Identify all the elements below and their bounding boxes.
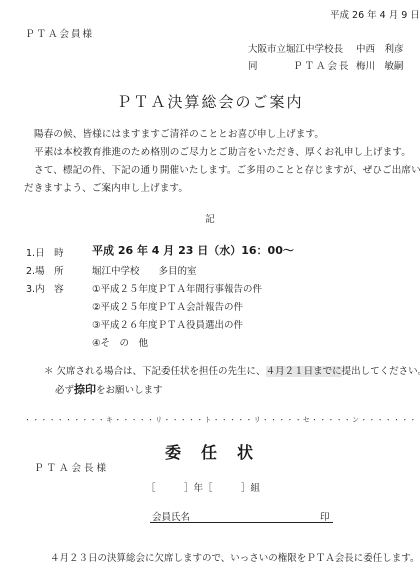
paragraph-3-cont: だきますよう、ご案内申し上げます。 bbox=[24, 180, 188, 194]
sender-principal-title: 大阪市立堀江中学校長 bbox=[248, 41, 343, 55]
notice-title: ＰＴＡ決算総会のご案内 bbox=[0, 91, 420, 112]
cut-line: ・・・・・・・・・・キ・・・・・リ・・・・・ト・・・・・リ・・・・・セ・・・・・… bbox=[24, 415, 420, 425]
sender-pta-title: ＰＴＡ会長 bbox=[293, 58, 351, 72]
class-line[interactable]: ［ ］年［ ］組 bbox=[146, 480, 260, 494]
member-name-label: 会員氏名 bbox=[152, 509, 190, 523]
agenda-item-4: ④そ の 他 bbox=[92, 335, 148, 349]
paragraph-1: 陽春の候、皆様にはますますご清祥のこととお喜び申し上げます。 bbox=[34, 126, 324, 140]
seal-note-prefix: 必ず bbox=[55, 385, 74, 396]
seal-note-bold: 捺印 bbox=[74, 383, 96, 396]
note-asterisk: ＊ bbox=[44, 366, 54, 377]
item-date-value: 平成 26 年 4 月 23 日（水）16：00〜 bbox=[92, 242, 294, 258]
paragraph-3: さて、標記の件、下記の通り開催いたします。ご多用のことと存じますが、ぜひご出席い… bbox=[34, 162, 420, 176]
sender-principal-name: 中西 利彦 bbox=[356, 41, 404, 55]
proxy-statement: ４月２３日の決算総会に欠席しますので、いっさいの権限をＰＴＡ会長に委任します。 bbox=[50, 550, 420, 564]
document-date: 平成 26 年 4 月 9 日 bbox=[330, 7, 420, 21]
seal-mark: 印 bbox=[320, 509, 330, 523]
agenda-item-1: ①平成２５年度ＰＴＡ年間行事報告の件 bbox=[92, 281, 262, 295]
sender-pta-name: 梅川 敏嗣 bbox=[356, 58, 404, 72]
note-text-before: 欠席される場合は、下記委任状を担任の先生に、 bbox=[57, 366, 266, 377]
sender-pta-prefix: 同 bbox=[248, 58, 258, 72]
deadline-highlight: ４月２１日までに bbox=[266, 366, 342, 377]
note: ＊ 欠席される場合は、下記委任状を担任の先生に、４月２１日までに提出してください… bbox=[44, 363, 420, 377]
item-place-label: 2.場 所 bbox=[26, 263, 64, 277]
agenda-item-2: ②平成２５年度ＰＴＡ会計報告の件 bbox=[92, 299, 243, 313]
proxy-addressee: ＰＴＡ会長様 bbox=[34, 460, 109, 474]
seal-note: 必ず捺印をお願いします bbox=[55, 381, 163, 397]
agenda-item-3: ③平成２６年度ＰＴＡ役員選出の件 bbox=[92, 317, 243, 331]
addressee: ＰＴＡ会員様 bbox=[25, 26, 94, 40]
seal-note-suffix: をお願いします bbox=[96, 385, 163, 396]
note-text-after: 提出してください。 bbox=[342, 366, 420, 377]
paragraph-2: 平素は本校教育推進のため格別のご尽力とご助言をいただき、厚くお礼申し上げます。 bbox=[34, 144, 411, 158]
ki-label: 記 bbox=[0, 211, 420, 225]
item-date-label: 1.日 時 bbox=[26, 245, 64, 259]
item-place-value: 堀江中学校 多目的室 bbox=[92, 263, 197, 277]
item-content-label: 3.内 容 bbox=[26, 281, 64, 295]
